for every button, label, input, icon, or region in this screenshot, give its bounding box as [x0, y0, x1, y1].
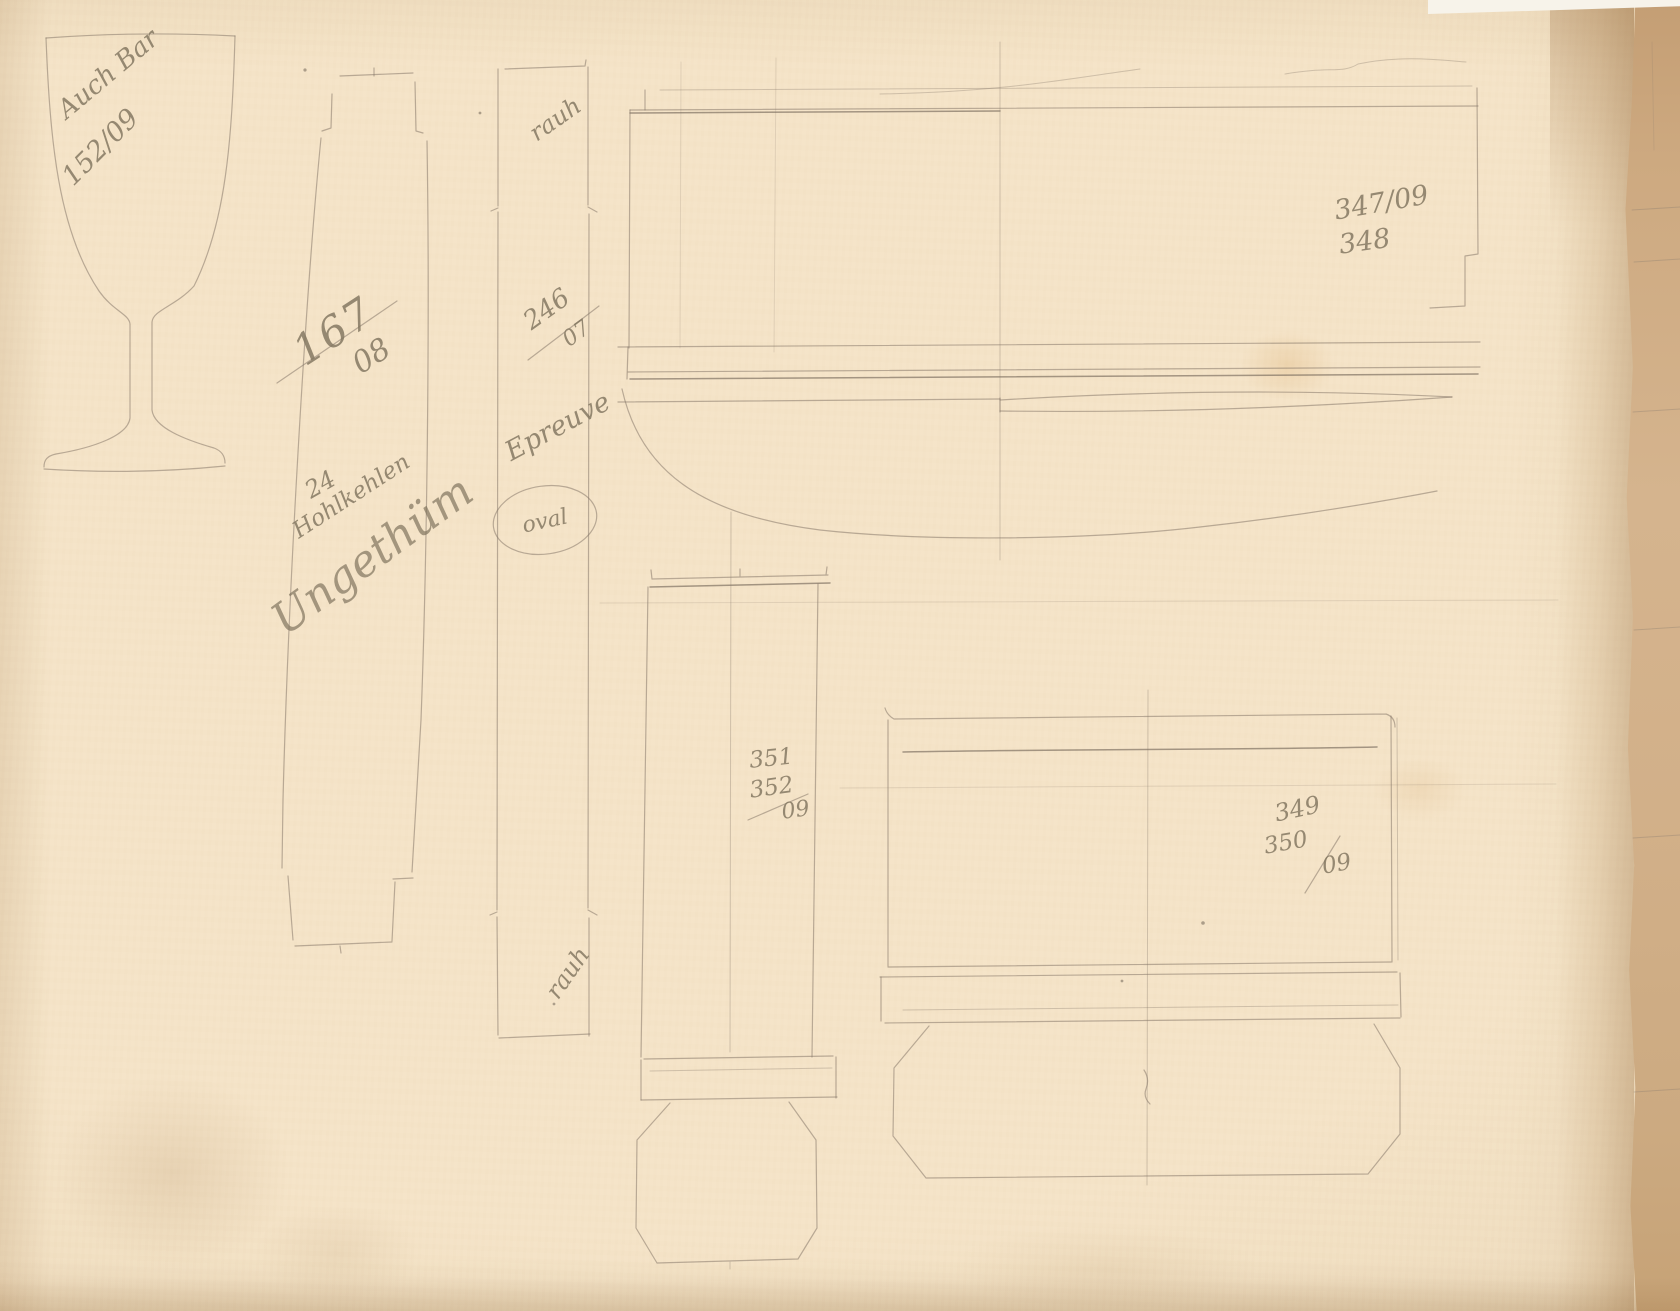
profile-246-figure [490, 60, 597, 1038]
tray-349-denominator: 09 [1320, 849, 1353, 880]
right-strip-lines [1632, 42, 1680, 1092]
vessel-351-line1: 351 [748, 743, 794, 773]
scanned-drawing-sheet: Auch Bar 152/09 167 08 24 Hohlkehlen Ung… [0, 0, 1680, 1311]
tray-349-figure [880, 690, 1401, 1185]
vessel-351-figure [636, 512, 837, 1269]
tray-347-figure [618, 42, 1480, 560]
paper-creases [600, 58, 1558, 788]
vessel-351-denominator: 09 [780, 796, 811, 825]
